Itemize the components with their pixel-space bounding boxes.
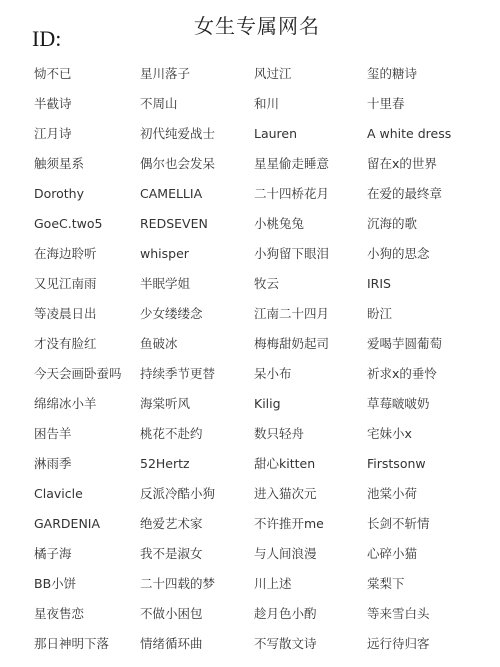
nickname-item: 星川落子 bbox=[140, 64, 190, 84]
name-row: 才没有脸红鱼破冰梅梅甜奶起司爱喝芋圆葡萄 bbox=[34, 334, 500, 364]
nickname-item: 江月诗 bbox=[34, 124, 72, 144]
nickname-item: 不周山 bbox=[140, 94, 178, 114]
nickname-item: BB小饼 bbox=[34, 574, 76, 594]
nickname-item: 鱼破冰 bbox=[140, 334, 178, 354]
nickname-item: 不做小困包 bbox=[140, 604, 203, 624]
nickname-item: 祈求x的垂怜 bbox=[367, 364, 437, 384]
nickname-item: 甜心kitten bbox=[254, 454, 315, 474]
nickname-item: 偶尔也会发呆 bbox=[140, 154, 215, 174]
name-row: 在海边聆听whisper小狗留下眼泪小狗的思念 bbox=[34, 244, 500, 274]
nickname-item: Lauren bbox=[254, 124, 297, 144]
nickname-item: 那日神明下落 bbox=[34, 634, 109, 654]
nickname-item: 桃花不赴约 bbox=[140, 424, 203, 444]
nickname-item: Clavicle bbox=[34, 484, 83, 504]
nickname-item: 半截诗 bbox=[34, 94, 72, 114]
name-row: 橘子海我不是淑女与人间浪漫心碎小猫 bbox=[34, 544, 500, 574]
nickname-item: 牧云 bbox=[254, 274, 279, 294]
name-row: 困告羊桃花不赴约数只轻舟宅妹小x bbox=[34, 424, 500, 454]
name-row: 恸不已星川落子风过江玺的糖诗 bbox=[34, 64, 500, 94]
nickname-item: 小狗留下眼泪 bbox=[254, 244, 329, 264]
nickname-item: 我不是淑女 bbox=[140, 544, 203, 564]
name-row: 又见江南雨半眠学姐牧云IRIS bbox=[34, 274, 500, 304]
nickname-item: 海棠听风 bbox=[140, 394, 190, 414]
nickname-item: 风过江 bbox=[254, 64, 292, 84]
nickname-item: 恸不已 bbox=[34, 64, 72, 84]
nickname-item: 不许推开me bbox=[254, 514, 324, 534]
nickname-item: 数只轻舟 bbox=[254, 424, 304, 444]
nickname-item: 留在x的世界 bbox=[367, 154, 437, 174]
nickname-item: Dorothy bbox=[34, 184, 84, 204]
nickname-item: 淋雨季 bbox=[34, 454, 72, 474]
nickname-grid: 恸不已星川落子风过江玺的糖诗半截诗不周山和川十里春江月诗初代纯爱战士Lauren… bbox=[34, 64, 500, 664]
page-title: 女生专属网名 bbox=[0, 10, 500, 39]
name-row: 星夜售恋不做小困包趁月色小酌等来雪白头 bbox=[34, 604, 500, 634]
nickname-item: 半眠学姐 bbox=[140, 274, 190, 294]
nickname-item: 远行待归客 bbox=[367, 634, 430, 654]
name-row: 半截诗不周山和川十里春 bbox=[34, 94, 500, 124]
nickname-item: 盼江 bbox=[367, 304, 392, 324]
nickname-item: 情绪循环曲 bbox=[140, 634, 203, 654]
nickname-item: 反派冷酷小狗 bbox=[140, 484, 215, 504]
nickname-item: 棠梨下 bbox=[367, 574, 405, 594]
nickname-item: GARDENIA bbox=[34, 514, 100, 534]
nickname-item: 52Hertz bbox=[140, 454, 190, 474]
name-row: GARDENIA绝爱艺术家不许推开me长剑不斩情 bbox=[34, 514, 500, 544]
nickname-item: IRIS bbox=[367, 274, 391, 294]
name-row: 触须星系偶尔也会发呆星星偷走睡意留在x的世界 bbox=[34, 154, 500, 184]
nickname-item: 池棠小荷 bbox=[367, 484, 417, 504]
nickname-item: 在海边聆听 bbox=[34, 244, 97, 264]
nickname-item: 在爱的最终章 bbox=[367, 184, 442, 204]
nickname-item: 进入猫次元 bbox=[254, 484, 317, 504]
name-row: 等凌晨日出少女缕缕念江南二十四月盼江 bbox=[34, 304, 500, 334]
nickname-item: 少女缕缕念 bbox=[140, 304, 203, 324]
nickname-item: 爱喝芋圆葡萄 bbox=[367, 334, 442, 354]
nickname-item: CAMELLIA bbox=[140, 184, 202, 204]
name-row: DorothyCAMELLIA二十四桥花月在爱的最终章 bbox=[34, 184, 500, 214]
nickname-item: 持续季节更替 bbox=[140, 364, 215, 384]
name-row: 绵绵冰小羊海棠听风Kilig草莓啵啵奶 bbox=[34, 394, 500, 424]
nickname-item: 绝爱艺术家 bbox=[140, 514, 203, 534]
name-row: 今天会画卧蚕吗持续季节更替呆小布祈求x的垂怜 bbox=[34, 364, 500, 394]
nickname-item: whisper bbox=[140, 244, 189, 264]
nickname-item: 才没有脸红 bbox=[34, 334, 97, 354]
nickname-item: 宅妹小x bbox=[367, 424, 412, 444]
nickname-item: Kilig bbox=[254, 394, 281, 414]
nickname-item: 梅梅甜奶起司 bbox=[254, 334, 329, 354]
nickname-item: 玺的糖诗 bbox=[367, 64, 417, 84]
nickname-item: 等凌晨日出 bbox=[34, 304, 97, 324]
nickname-item: 今天会画卧蚕吗 bbox=[34, 364, 122, 384]
nickname-item: 草莓啵啵奶 bbox=[367, 394, 430, 414]
nickname-item: 星夜售恋 bbox=[34, 604, 84, 624]
name-row: 那日神明下落情绪循环曲不写散文诗远行待归客 bbox=[34, 634, 500, 664]
name-row: BB小饼二十四载的梦川上述棠梨下 bbox=[34, 574, 500, 604]
name-row: 淋雨季52Hertz甜心kittenFirstsonw bbox=[34, 454, 500, 484]
nickname-item: 二十四桥花月 bbox=[254, 184, 329, 204]
nickname-item: 小狗的思念 bbox=[367, 244, 430, 264]
nickname-item: 困告羊 bbox=[34, 424, 72, 444]
nickname-item: 和川 bbox=[254, 94, 279, 114]
nickname-item: 长剑不斩情 bbox=[367, 514, 430, 534]
nickname-item: 十里春 bbox=[367, 94, 405, 114]
nickname-item: 趁月色小酌 bbox=[254, 604, 317, 624]
nickname-item: 触须星系 bbox=[34, 154, 84, 174]
nickname-item: 二十四载的梦 bbox=[140, 574, 215, 594]
name-row: 江月诗初代纯爱战士LaurenA white dress bbox=[34, 124, 500, 154]
nickname-item: 江南二十四月 bbox=[254, 304, 329, 324]
nickname-item: 星星偷走睡意 bbox=[254, 154, 329, 174]
nickname-item: 初代纯爱战士 bbox=[140, 124, 215, 144]
nickname-item: 等来雪白头 bbox=[367, 604, 430, 624]
nickname-item: 呆小布 bbox=[254, 364, 292, 384]
nickname-item: 不写散文诗 bbox=[254, 634, 317, 654]
nickname-item: 心碎小猫 bbox=[367, 544, 417, 564]
nickname-item: GoeC.two5 bbox=[34, 214, 102, 234]
nickname-item: 与人间浪漫 bbox=[254, 544, 317, 564]
nickname-item: A white dress bbox=[367, 124, 451, 144]
nickname-item: Firstsonw bbox=[367, 454, 426, 474]
nickname-item: 又见江南雨 bbox=[34, 274, 97, 294]
nickname-item: 橘子海 bbox=[34, 544, 72, 564]
nickname-item: 小桃兔兔 bbox=[254, 214, 304, 234]
nickname-item: 绵绵冰小羊 bbox=[34, 394, 97, 414]
nickname-item: 川上述 bbox=[254, 574, 292, 594]
nickname-item: REDSEVEN bbox=[140, 214, 208, 234]
name-row: GoeC.two5REDSEVEN小桃兔兔沉海的歌 bbox=[34, 214, 500, 244]
name-row: Clavicle反派冷酷小狗进入猫次元池棠小荷 bbox=[34, 484, 500, 514]
nickname-item: 沉海的歌 bbox=[367, 214, 417, 234]
